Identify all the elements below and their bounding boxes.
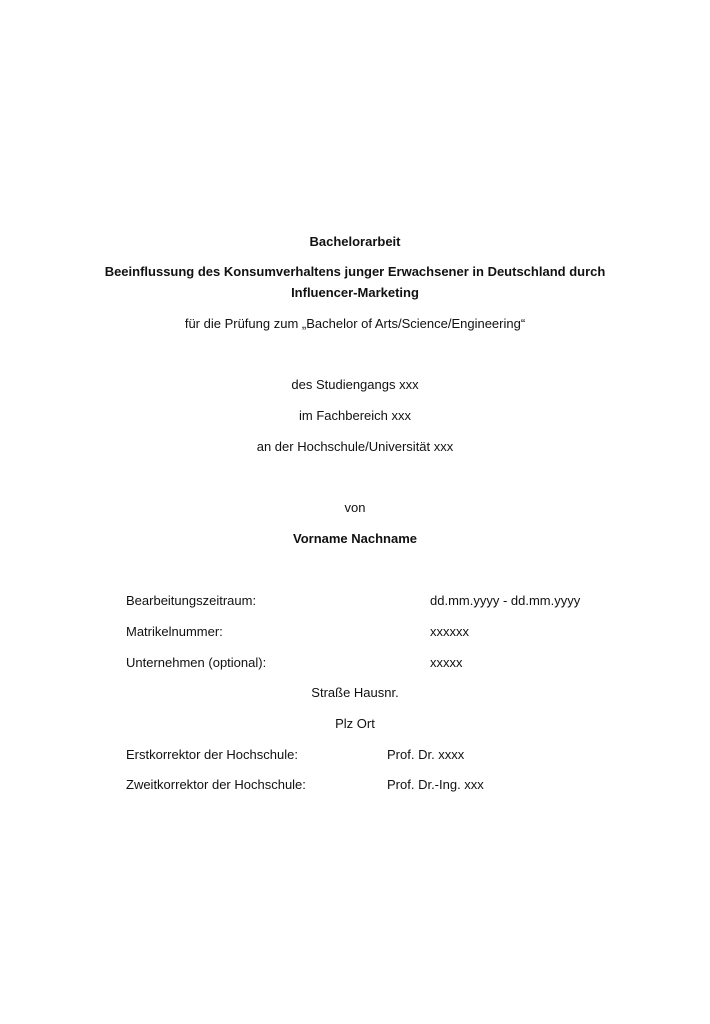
document-type: Bachelorarbeit [0, 234, 710, 249]
detail-label-company: Unternehmen (optional): [126, 655, 266, 670]
detail-value-period: dd.mm.yyyy - dd.mm.yyyy [430, 593, 580, 608]
address-street: Straße Hausnr. [0, 685, 710, 700]
author-name: Vorname Nachname [0, 531, 710, 546]
detail-label-matriculation: Matrikelnummer: [126, 624, 223, 639]
thesis-title-line-2: Influencer-Marketing [0, 285, 710, 300]
second-examiner-value: Prof. Dr.-Ing. xxx [387, 777, 484, 792]
detail-value-matriculation: xxxxxx [430, 624, 469, 639]
second-examiner-label: Zweitkorrektor der Hochschule: [126, 777, 306, 792]
detail-value-company: xxxxx [430, 655, 463, 670]
thesis-title-line-1: Beeinflussung des Konsumverhaltens junge… [0, 264, 710, 279]
by-label: von [0, 500, 710, 515]
detail-label-period: Bearbeitungszeitraum: [126, 593, 256, 608]
exam-line: für die Prüfung zum „Bachelor of Arts/Sc… [0, 316, 710, 331]
first-examiner-label: Erstkorrektor der Hochschule: [126, 747, 298, 762]
address-city: Plz Ort [0, 716, 710, 731]
program-line: des Studiengangs xxx [0, 377, 710, 392]
university-line: an der Hochschule/Universität xxx [0, 439, 710, 454]
first-examiner-value: Prof. Dr. xxxx [387, 747, 464, 762]
department-line: im Fachbereich xxx [0, 408, 710, 423]
